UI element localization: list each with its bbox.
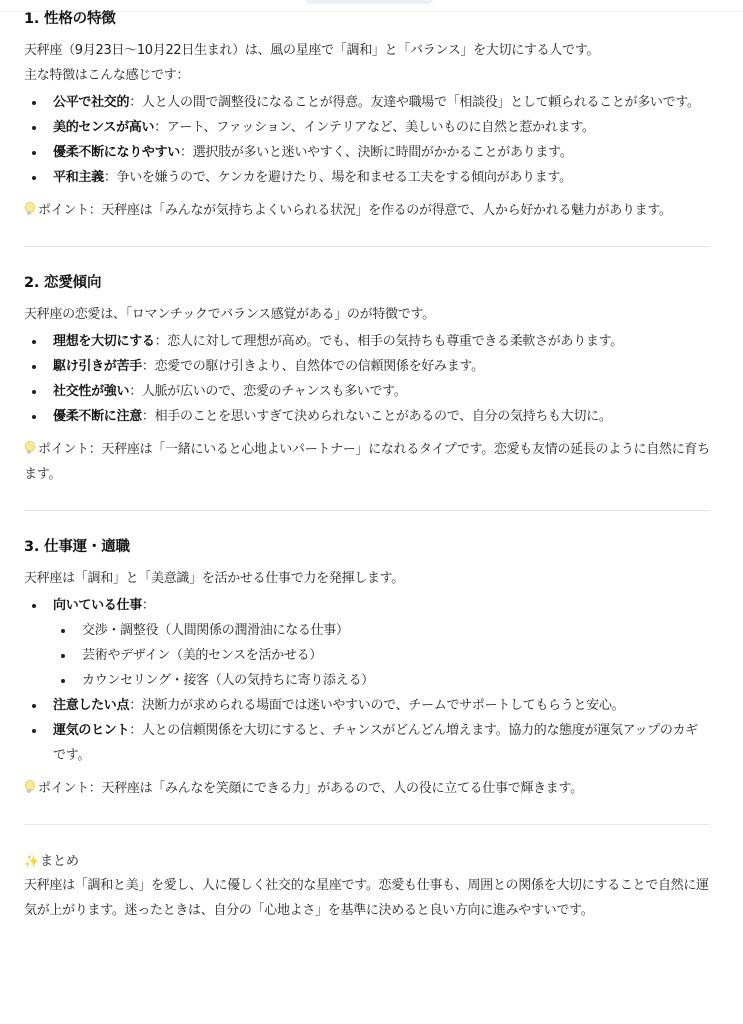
item-label: 優柔不断に注意 <box>53 409 142 424</box>
list-item: 美的センスが高い：アート、ファッション、インテリアなど、美しいものに自然と惹かれ… <box>24 115 710 140</box>
point-note: ポイント：天秤座は「みんなを笑顔にできる力」があるので、人の役に立てる仕事で輝き… <box>24 776 710 801</box>
section-divider <box>24 824 710 825</box>
item-text: ：アート、ファッション、インテリアなど、美しいものに自然と惹かれます。 <box>154 120 594 135</box>
intro-line: 主な特徴はこんな感じです： <box>24 68 189 83</box>
sub-list-item: 芸術やデザイン（美的センスを活かせる） <box>53 643 710 668</box>
item-text: ：人脈が広いので、恋愛のチャンスも多いです。 <box>129 384 406 399</box>
section-heading: 1. 性格の特徴 <box>24 8 710 30</box>
point-text: ポイント：天秤座は「みんなが気持ちよくいられる状況」を作るのが得意で、人から好か… <box>38 203 672 218</box>
section-heading: 2. 恋愛傾向 <box>24 272 710 294</box>
section-summary: ✨まとめ 天秤座は「調和と美」を愛し、人に優しく社交的な星座です。恋愛も仕事も、… <box>24 850 710 923</box>
intro-text: 天秤座（9月23日〜10月22日生まれ）は、風の星座で「調和」と「バランス」を大… <box>24 38 710 88</box>
list-item: 駆け引きが苦手：恋愛での駆け引きより、自然体での信頼関係を好みます。 <box>24 354 710 379</box>
lightbulb-icon <box>24 441 34 455</box>
item-label: 理想を大切にする <box>53 334 155 349</box>
lightbulb-icon <box>24 780 34 794</box>
summary-title: まとめ <box>40 854 79 869</box>
item-text: ：相手のことを思いすぎて決められないことがあるので、自分の気持ちも大切に。 <box>142 409 612 424</box>
lightbulb-icon <box>24 202 34 216</box>
summary-heading: ✨まとめ <box>24 850 710 873</box>
item-label: 公平で社交的 <box>53 95 129 110</box>
sub-list-item: カウンセリング・接客（人の気持ちに寄り添える） <box>53 668 710 693</box>
scroll-pill <box>304 0 434 4</box>
point-note: ポイント：天秤座は「一緒にいると心地よいパートナー」になれるタイプです。恋愛も友… <box>24 437 710 487</box>
suitable-jobs-list: 交渉・調整役（人間関係の潤滑油になる仕事） 芸術やデザイン（美的センスを活かせる… <box>53 618 710 693</box>
section-divider <box>24 246 710 247</box>
item-text: ：争いを嫌うので、ケンカを避けたり、場を和ませる工夫をする傾向があります。 <box>104 170 572 185</box>
item-text: ：人と人の間で調整役になることが得意。友達や職場で「相談役」として頼られることが… <box>129 95 699 110</box>
love-list: 理想を大切にする：恋人に対して理想が高め。でも、相手の気持ちも尊重できる柔軟さが… <box>24 329 710 429</box>
list-item: 社交性が強い：人脈が広いので、恋愛のチャンスも多いです。 <box>24 379 710 404</box>
trait-list: 公平で社交的：人と人の間で調整役になることが得意。友達や職場で「相談役」として頼… <box>24 90 710 190</box>
item-label: 優柔不断になりやすい <box>53 145 180 160</box>
intro-text: 天秤座の恋愛は、「ロマンチックでバランス感覚がある」のが特徴です。 <box>24 302 710 327</box>
point-note: ポイント：天秤座は「みんなが気持ちよくいられる状況」を作るのが得意で、人から好か… <box>24 198 710 223</box>
point-text: ポイント：天秤座は「みんなを笑顔にできる力」があるので、人の役に立てる仕事で輝き… <box>38 781 583 796</box>
section-personality: 1. 性格の特徴 天秤座（9月23日〜10月22日生まれ）は、風の星座で「調和」… <box>24 8 710 223</box>
intro-line: 天秤座（9月23日〜10月22日生まれ）は、風の星座で「調和」と「バランス」を大… <box>24 43 599 58</box>
intro-text: 天秤座は「調和」と「美意識」を活かせる仕事で力を発揮します。 <box>24 566 710 591</box>
item-text: ：決断力が求められる場面では迷いやすいので、チームでサポートしてもらうと安心。 <box>129 698 624 713</box>
list-item: 優柔不断になりやすい：選択肢が多いと迷いやすく、決断に時間がかかることがあります… <box>24 140 710 165</box>
item-text: ：人との信頼関係を大切にすると、チャンスがどんどん増えます。協力的な態度が運気ア… <box>53 723 698 763</box>
item-text: ：恋人に対して理想が高め。でも、相手の気持ちも尊重できる柔軟さがあります。 <box>155 334 623 349</box>
section-career: 3. 仕事運・適職 天秤座は「調和」と「美意識」を活かせる仕事で力を発揮します。… <box>24 536 710 801</box>
item-label: 注意したい点 <box>53 698 129 713</box>
item-label: 向いている仕事 <box>53 598 142 613</box>
intro-line: 天秤座の恋愛は、「ロマンチックでバランス感覚がある」のが特徴です。 <box>24 307 435 322</box>
sparkles-icon: ✨ <box>24 854 39 868</box>
point-text: ポイント：天秤座は「一緒にいると心地よいパートナー」になれるタイプです。恋愛も友… <box>24 442 710 482</box>
list-item: 優柔不断に注意：相手のことを思いすぎて決められないことがあるので、自分の気持ちも… <box>24 404 710 429</box>
message-content: 1. 性格の特徴 天秤座（9月23日〜10月22日生まれ）は、風の星座で「調和」… <box>24 8 710 923</box>
summary-text: 天秤座は「調和と美」を愛し、人に優しく社交的な星座です。恋愛も仕事も、周囲との関… <box>24 873 710 923</box>
item-label: 運気のヒント <box>53 723 129 738</box>
intro-line: 天秤座は「調和」と「美意識」を活かせる仕事で力を発揮します。 <box>24 571 404 586</box>
list-item: 理想を大切にする：恋人に対して理想が高め。でも、相手の気持ちも尊重できる柔軟さが… <box>24 329 710 354</box>
item-label: 平和主義 <box>53 170 104 185</box>
list-item: 運気のヒント：人との信頼関係を大切にすると、チャンスがどんどん増えます。協力的な… <box>24 718 710 768</box>
sub-list-item: 交渉・調整役（人間関係の潤滑油になる仕事） <box>53 618 710 643</box>
item-text: ：選択肢が多いと迷いやすく、決断に時間がかかることがあります。 <box>180 145 572 160</box>
item-text: ：恋愛での駆け引きより、自然体での信頼関係を好みます。 <box>142 359 484 374</box>
item-label: 駆け引きが苦手 <box>53 359 142 374</box>
career-list: 向いている仕事： 交渉・調整役（人間関係の潤滑油になる仕事） 芸術やデザイン（美… <box>24 593 710 768</box>
item-label: 美的センスが高い <box>53 120 154 135</box>
item-label: 社交性が強い <box>53 384 129 399</box>
item-text: ： <box>142 598 155 613</box>
list-item: 注意したい点：決断力が求められる場面では迷いやすいので、チームでサポートしてもら… <box>24 693 710 718</box>
section-love: 2. 恋愛傾向 天秤座の恋愛は、「ロマンチックでバランス感覚がある」のが特徴です… <box>24 272 710 487</box>
section-heading: 3. 仕事運・適職 <box>24 536 710 558</box>
section-divider <box>24 510 710 511</box>
list-item: 公平で社交的：人と人の間で調整役になることが得意。友達や職場で「相談役」として頼… <box>24 90 710 115</box>
list-item: 平和主義：争いを嫌うので、ケンカを避けたり、場を和ませる工夫をする傾向があります… <box>24 165 710 190</box>
list-item: 向いている仕事： 交渉・調整役（人間関係の潤滑油になる仕事） 芸術やデザイン（美… <box>24 593 710 693</box>
